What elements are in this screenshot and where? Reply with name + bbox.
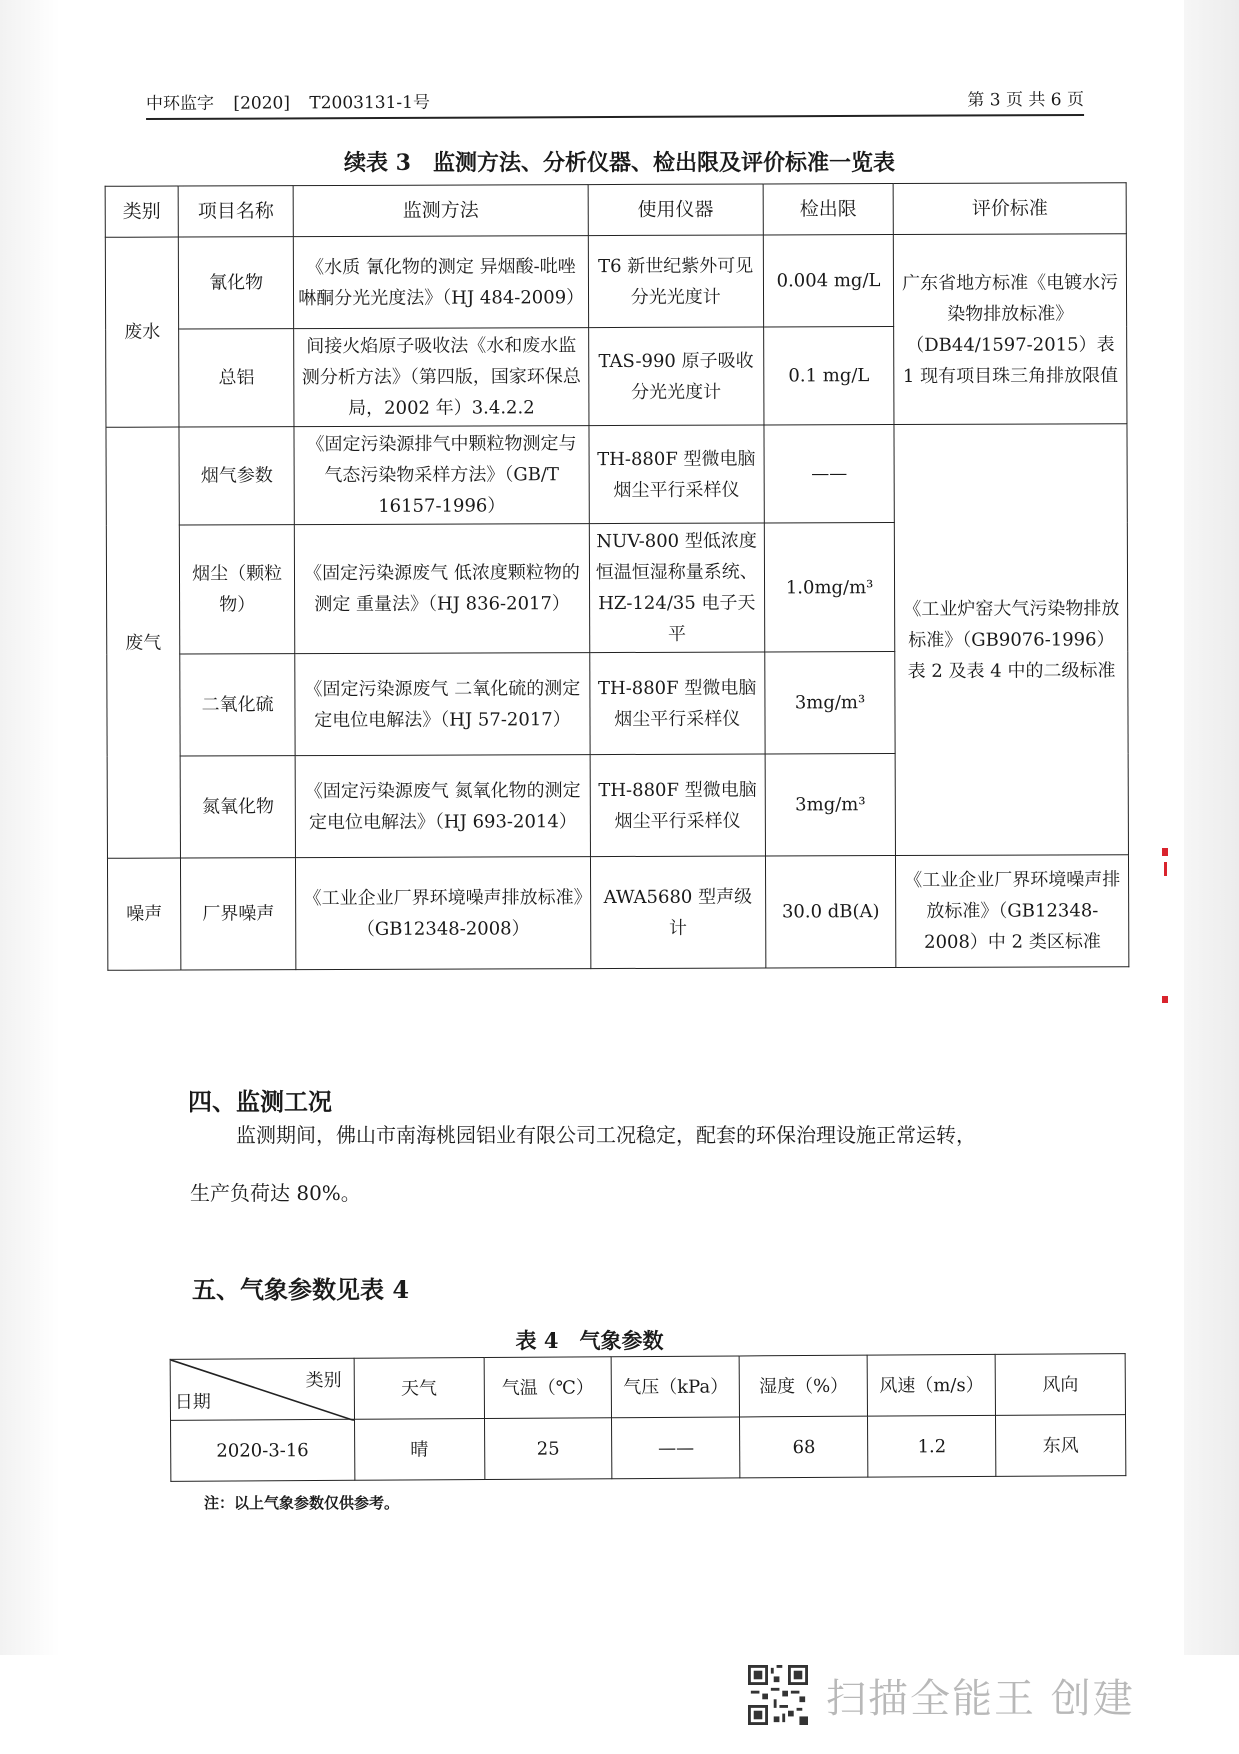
instrument-cell: NUV-800 型低浓度恒温恒湿称量系统、HZ-124/35 电子天平	[589, 523, 764, 653]
section5-heading: 五、气象参数见表 4	[192, 1270, 409, 1305]
table-row: 废水 氰化物 《水质 氰化物的测定 异烟酸-吡唑啉酮分光光度法》（HJ 484-…	[105, 234, 1126, 330]
section4-paragraph-line1: 监测期间，佛山市南海桃园铝业有限公司工况稳定，配套的环保治理设施正常运转，	[236, 1112, 976, 1158]
instrument-cell: AWA5680 型声级计	[590, 856, 765, 969]
scanner-watermark: 扫描全能王 创建	[748, 1665, 1135, 1725]
wind-dir-cell: 东风	[996, 1415, 1126, 1477]
scan-shadow-left	[0, 0, 60, 1655]
item-cell: 烟气参数	[179, 427, 294, 525]
page-header: 中环监字 [2020] T2003131-1号 第 3 页 共 6 页	[146, 82, 1084, 120]
table-row: 废气 烟气参数 《固定污染源排气中颗粒物测定与气态污染物采样方法》（GB/T 1…	[106, 424, 1127, 526]
section4-paragraph-line2: 生产负荷达 80%。	[190, 1170, 361, 1216]
scan-edge-right	[1184, 0, 1239, 1754]
corner-label-date: 日期	[175, 1387, 211, 1418]
col-header-instrument: 使用仪器	[588, 184, 763, 236]
col-header-item: 项目名称	[178, 186, 293, 237]
table-row: 2020-3-16 晴 25 —— 68 1.2 东风	[171, 1415, 1126, 1482]
method-cell: 《工业企业厂界环境噪声排放标准》（GB12348-2008）	[296, 857, 591, 970]
item-cell: 总铝	[179, 329, 294, 427]
method-cell: 《固定污染源排气中颗粒物测定与气态污染物采样方法》（GB/T 16157-199…	[294, 426, 589, 525]
instrument-cell: TH-880F 型微电脑烟尘平行采样仪	[590, 652, 765, 755]
col-header-wind-speed: 风速（m/s）	[867, 1354, 995, 1416]
item-cell: 二氧化硫	[180, 654, 296, 756]
method-cell: 《固定污染源废气 低浓度颗粒物的测定 重量法》（HJ 836-2017）	[295, 524, 590, 654]
doc-year: [2020]	[233, 93, 290, 113]
seal-mark	[1164, 862, 1167, 876]
item-cell: 厂界噪声	[181, 858, 297, 970]
date-cell: 2020-3-16	[171, 1419, 355, 1481]
category-cell: 废气	[106, 427, 181, 858]
item-cell: 氮氧化物	[180, 756, 296, 858]
corner-header: 类别 日期	[170, 1358, 354, 1420]
col-header-humidity: 湿度（%）	[739, 1355, 867, 1417]
table4-title: 表 4 气象参数	[0, 1325, 1209, 1355]
method-cell: 《水质 氰化物的测定 异烟酸-吡唑啉酮分光光度法》（HJ 484-2009）	[294, 236, 589, 329]
wind-speed-cell: 1.2	[868, 1415, 996, 1477]
method-cell: 《固定污染源废气 二氧化硫的测定 定电位电解法》（HJ 57-2017）	[295, 653, 590, 756]
table-row: 噪声 厂界噪声 《工业企业厂界环境噪声排放标准》（GB12348-2008） A…	[107, 855, 1128, 971]
col-header-pressure: 气压（kPa）	[612, 1356, 740, 1418]
table-header-row: 类别 日期 天气 气温（℃） 气压（kPa） 湿度（%） 风速（m/s） 风向	[170, 1354, 1125, 1421]
category-cell: 噪声	[107, 858, 180, 970]
col-header-method: 监测方法	[293, 185, 588, 237]
limit-cell: 30.0 dB(A)	[765, 856, 896, 968]
doc-prefix: 中环监字	[146, 94, 214, 114]
instrument-cell: T6 新世纪紫外可见分光光度计	[588, 235, 763, 328]
method-cell: 间接火焰原子吸收法《水和废水监测分析方法》（第四版，国家环保总局，2002 年）…	[294, 328, 589, 427]
limit-cell: ——	[764, 425, 895, 523]
col-header-limit: 检出限	[763, 184, 894, 235]
table-header-row: 类别 项目名称 监测方法 使用仪器 检出限 评价标准	[105, 183, 1126, 238]
page-info: 第 3 页 共 6 页	[967, 85, 1084, 111]
col-header-category: 类别	[105, 186, 178, 237]
instrument-cell: TAS-990 原子吸收分光光度计	[588, 327, 763, 426]
standard-cell: 《工业企业厂界环境噪声排放标准》（GB12348-2008）中 2 类区标准	[896, 855, 1129, 968]
weather-table: 类别 日期 天气 气温（℃） 气压（kPa） 湿度（%） 风速（m/s） 风向 …	[170, 1353, 1127, 1482]
limit-cell: 3mg/m³	[764, 652, 895, 754]
col-header-weather: 天气	[354, 1358, 484, 1420]
limit-cell: 3mg/m³	[765, 754, 896, 856]
table3-title: 续表 3 监测方法、分析仪器、检出限及评价标准一览表	[0, 146, 1239, 177]
col-header-standard: 评价标准	[894, 183, 1127, 235]
standard-cell: 广东省地方标准《电镀水污染物排放标准》（DB44/1597-2015）表 1 现…	[894, 234, 1127, 425]
doc-reference: 中环监字 [2020] T2003131-1号	[146, 88, 444, 114]
humidity-cell: 68	[740, 1416, 868, 1478]
item-cell: 烟尘（颗粒物）	[179, 525, 295, 654]
table4-note: 注：以上气象参数仅供参考。	[204, 1492, 399, 1513]
limit-cell: 0.004 mg/L	[763, 235, 894, 327]
pressure-cell: ——	[612, 1417, 740, 1479]
limit-cell: 1.0mg/m³	[764, 523, 895, 652]
seal-mark	[1162, 848, 1168, 856]
instrument-cell: TH-880F 型微电脑烟尘平行采样仪	[590, 754, 765, 857]
methods-table: 类别 项目名称 监测方法 使用仪器 检出限 评价标准 废水 氰化物 《水质 氰化…	[105, 182, 1130, 971]
instrument-cell: TH-880F 型微电脑烟尘平行采样仪	[589, 425, 764, 524]
seal-mark	[1162, 996, 1168, 1003]
standard-cell: 《工业炉窑大气污染物排放标准》（GB9076-1996）表 2 及表 4 中的二…	[894, 424, 1128, 856]
col-header-temp: 气温（℃）	[484, 1357, 612, 1419]
category-cell: 废水	[105, 237, 179, 427]
temp-cell: 25	[484, 1418, 612, 1480]
col-header-wind-dir: 风向	[995, 1354, 1125, 1416]
corner-label-category: 类别	[305, 1365, 341, 1396]
watermark-text: 扫描全能王 创建	[826, 1667, 1135, 1724]
qr-code-icon	[748, 1665, 808, 1725]
weather-cell: 晴	[354, 1419, 484, 1481]
doc-number: T2003131-1号	[309, 93, 430, 114]
item-cell: 氰化物	[178, 237, 293, 329]
limit-cell: 0.1 mg/L	[763, 327, 894, 425]
method-cell: 《固定污染源废气 氮氧化物的测定 定电位电解法》（HJ 693-2014）	[295, 755, 590, 858]
